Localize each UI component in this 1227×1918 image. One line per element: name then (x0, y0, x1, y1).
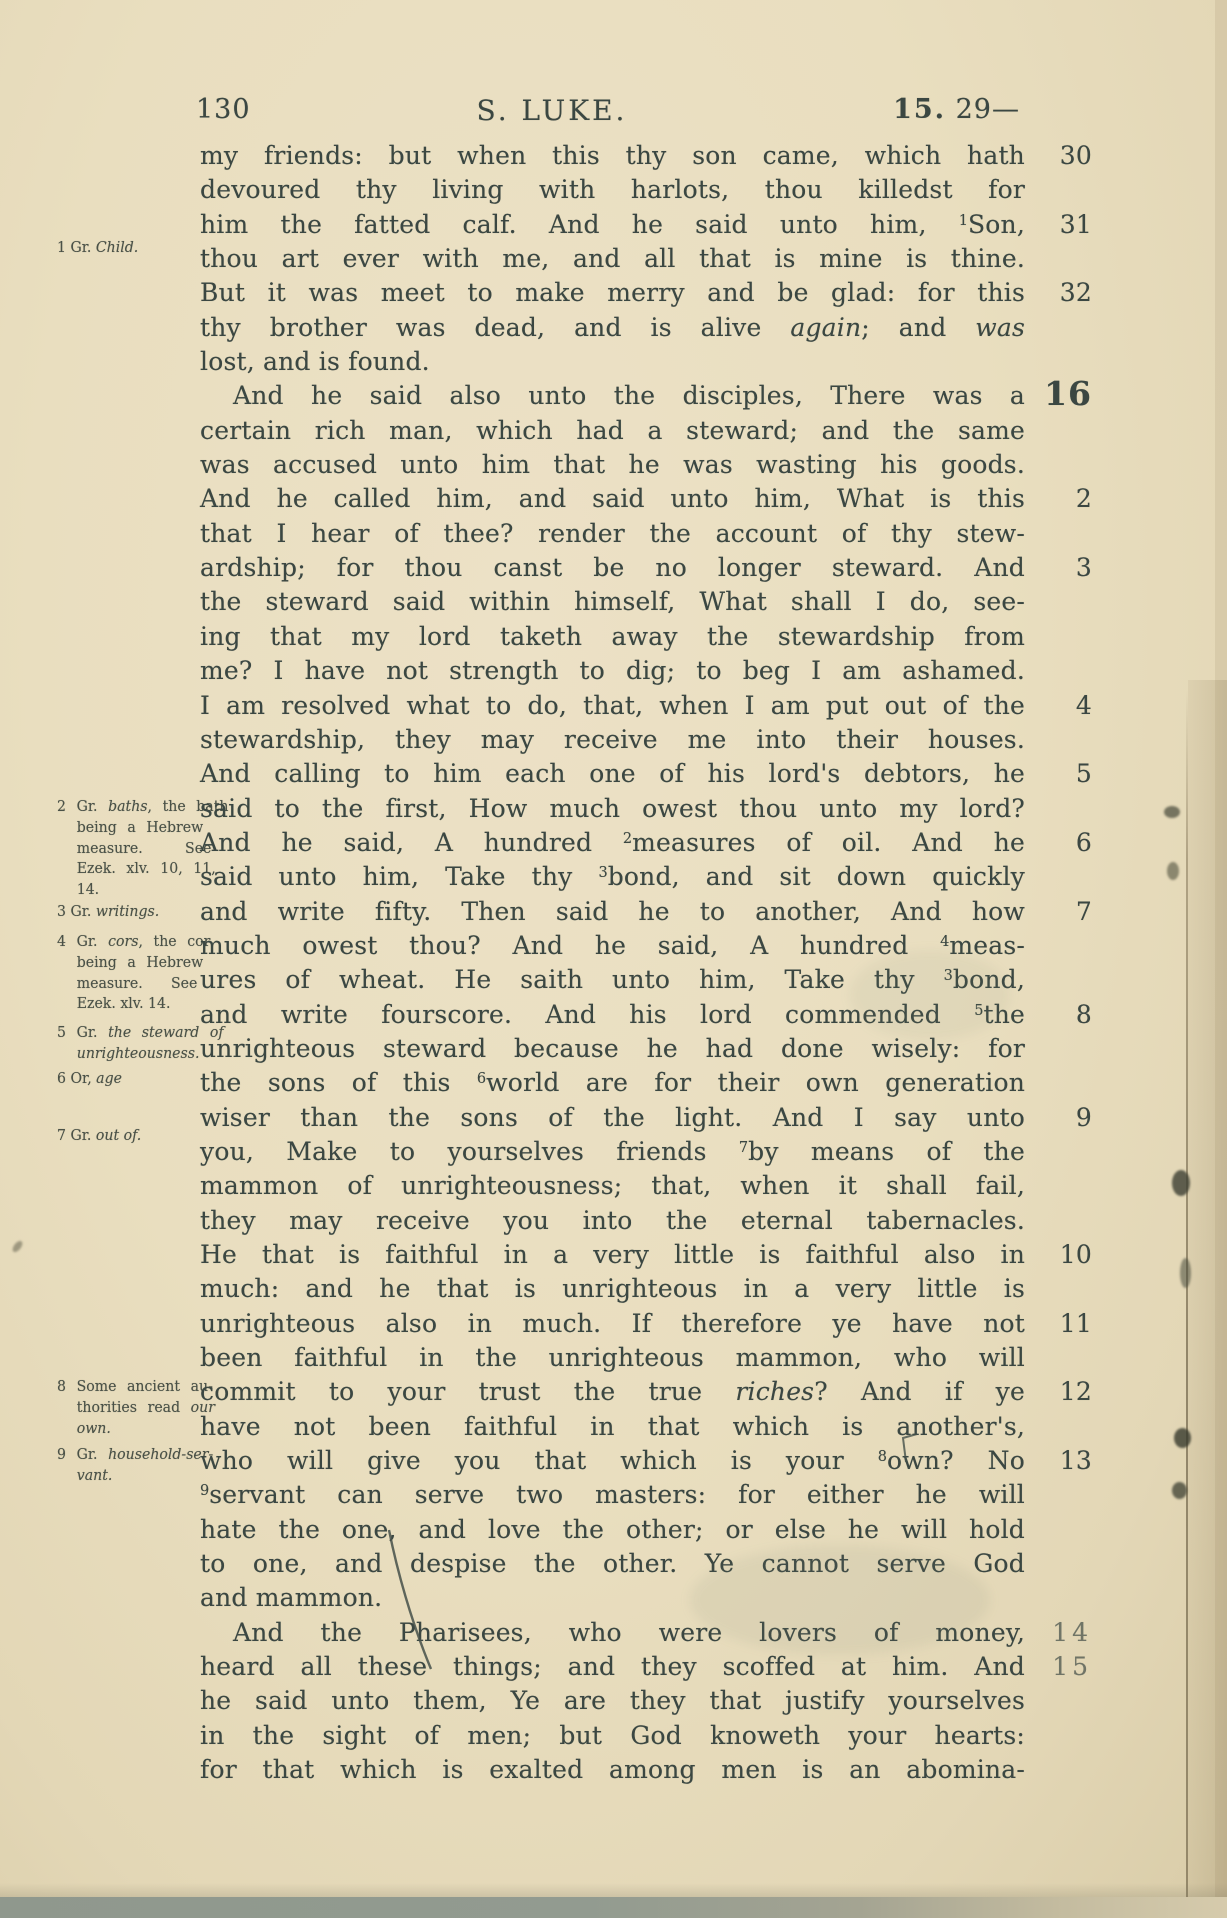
text-line: who will give you that which is your 8ow… (200, 1444, 1090, 1478)
margin-note-line: 4 Gr. cors, the cor (57, 931, 210, 952)
chapter-verse-reference: 15. 29— (880, 94, 1020, 125)
text-line: said to the first, How much owest thou u… (200, 792, 1090, 826)
margin-note: 8 Some ancient au-thorities read ourown. (57, 1376, 215, 1438)
text-line: devoured thy living with harlots, thou k… (200, 173, 1090, 207)
scanned-book-page: 130 S. LUKE. 15. 29— 1 Gr. Child.2 Gr. b… (0, 0, 1227, 1918)
line-text: ing that my lord taketh away the steward… (200, 620, 1025, 654)
line-text: that I hear of thee? render the account … (200, 517, 1025, 551)
text-line: certain rich man, which had a steward; a… (200, 414, 1090, 448)
line-text: thou art ever with me, and all that is m… (200, 242, 1025, 276)
line-text: you, Make to yourselves friends 7by mean… (200, 1135, 1025, 1169)
text-line: they may receive you into the eternal ta… (200, 1204, 1090, 1238)
text-line: the steward said within himself, What sh… (200, 585, 1090, 619)
line-text: for that which is exalted among men is a… (200, 1753, 1025, 1787)
text-line: 9servant can serve two masters: for eith… (200, 1478, 1090, 1512)
margin-note-line: measure. See (57, 973, 210, 994)
line-text: the sons of this 6world are for their ow… (200, 1066, 1025, 1100)
text-line: you, Make to yourselves friends 7by mean… (200, 1135, 1090, 1169)
line-text: he said unto them, Ye are they that just… (200, 1684, 1025, 1718)
line-text: was accused unto him that he was wasting… (200, 448, 1025, 482)
text-line: he said unto them, Ye are they that just… (200, 1684, 1090, 1718)
text-line: much: and he that is unrighteous in a ve… (200, 1272, 1090, 1306)
line-text: lost, and is found. (200, 345, 1025, 379)
line-text: me? I have not strength to dig; to beg I… (200, 654, 1025, 688)
text-line: that I hear of thee? render the account … (200, 517, 1090, 551)
text-line: have not been faithful in that which is … (200, 1410, 1090, 1444)
margin-note-line: 6 Or, age (57, 1068, 122, 1089)
reference-verse: 29— (946, 94, 1020, 125)
verse-number: 13 (839, 1444, 1092, 1478)
margin-note: 6 Or, age (57, 1068, 122, 1089)
ink-smudge (1167, 862, 1179, 880)
margin-note: 9 Gr. household-ser-vant. (57, 1444, 213, 1486)
margin-note-line: being a Hebrew (57, 952, 210, 973)
reference-chapter: 15. (893, 94, 946, 125)
text-line: And he said, A hundred 2measures of oil.… (200, 826, 1090, 860)
line-text: have not been faithful in that which is … (200, 1410, 1025, 1444)
scan-right-edge (1215, 0, 1227, 1918)
text-line: me? I have not strength to dig; to beg I… (200, 654, 1090, 688)
margin-note: 1 Gr. Child. (57, 237, 138, 258)
bleed-through-ghost (850, 950, 1010, 1040)
line-text: said unto him, Take thy 3bond, and sit d… (200, 860, 1025, 894)
ink-smudge (1164, 806, 1180, 818)
line-text: they may receive you into the eternal ta… (200, 1204, 1025, 1238)
margin-note-line: Ezek. xlv. 14. (57, 993, 210, 1014)
line-text: stewardship, they may receive me into th… (200, 723, 1025, 757)
text-line: heard all these things; and they scoffed… (200, 1650, 1090, 1684)
text-line: and write fifty. Then said he to another… (200, 895, 1090, 929)
text-line: But it was meet to make merry and be gla… (200, 276, 1090, 310)
ink-smudge (1174, 1428, 1191, 1448)
verse-number: 4 (839, 689, 1092, 723)
text-line: hate the one, and love the other; or els… (200, 1513, 1090, 1547)
text-line: for that which is exalted among men is a… (200, 1753, 1090, 1787)
verse-number: 15 (839, 1650, 1092, 1684)
verse-number: 30 (839, 139, 1092, 173)
text-line: mammon of unrighteousness; that, when it… (200, 1169, 1090, 1203)
margin-note-line: own. (57, 1418, 215, 1439)
margin-note-line: 7 Gr. out of. (57, 1125, 141, 1146)
verse-number: 6 (839, 826, 1092, 860)
text-line: ardship; for thou canst be no longer ste… (200, 551, 1090, 585)
line-text: mammon of unrighteousness; that, when it… (200, 1169, 1025, 1203)
line-text: the steward said within himself, What sh… (200, 585, 1025, 619)
ink-smudge (1180, 1258, 1191, 1288)
margin-note: 7 Gr. out of. (57, 1125, 141, 1146)
scan-bottom-strip (0, 1897, 1227, 1918)
ink-smudge (1172, 1170, 1190, 1196)
verse-number: 31 (839, 208, 1092, 242)
text-line: was accused unto him that he was wasting… (200, 448, 1090, 482)
text-line: thou art ever with me, and all that is m… (200, 242, 1090, 276)
margin-note-line: unrighteousness. (57, 1043, 224, 1064)
bottom-shadow (0, 1883, 1227, 1897)
running-title: S. LUKE. (477, 94, 628, 127)
page-number: 130 (196, 94, 251, 125)
line-text: thy brother was dead, and is alive again… (200, 311, 1025, 345)
text-line: And calling to him each one of his lord'… (200, 757, 1090, 791)
line-text: much: and he that is unrighteous in a ve… (200, 1272, 1025, 1306)
text-line: been faithful in the unrighteous mammon,… (200, 1341, 1090, 1375)
verse-number: 9 (839, 1101, 1092, 1135)
bleed-through-ghost (690, 1545, 990, 1655)
line-text: said to the first, How much owest thou u… (200, 792, 1025, 826)
text-line: said unto him, Take thy 3bond, and sit d… (200, 860, 1090, 894)
text-line: And he called him, and said unto him, Wh… (200, 482, 1090, 516)
margin-note-line: vant. (57, 1465, 213, 1486)
line-text: hate the one, and love the other; or els… (200, 1513, 1025, 1547)
text-line: stewardship, they may receive me into th… (200, 723, 1090, 757)
margin-note: 5 Gr. the steward ofunrighteousness. (57, 1022, 224, 1064)
text-line: my friends: but when this thy son came, … (200, 139, 1090, 173)
text-line: him the fatted calf. And he said unto hi… (200, 208, 1090, 242)
line-text: been faithful in the unrighteous mammon,… (200, 1341, 1025, 1375)
text-line: I am resolved what to do, that, when I a… (200, 689, 1090, 723)
text-line: thy brother was dead, and is alive again… (200, 311, 1090, 345)
text-line: the sons of this 6world are for their ow… (200, 1066, 1090, 1100)
margin-note-line: 1 Gr. Child. (57, 237, 138, 258)
text-line: He that is faithful in a very little is … (200, 1238, 1090, 1272)
text-line: And he said also unto the disciples, The… (200, 379, 1090, 413)
verse-number: 7 (839, 895, 1092, 929)
line-text: devoured thy living with harlots, thou k… (200, 173, 1025, 207)
line-text: 9servant can serve two masters: for eith… (200, 1478, 1025, 1512)
text-line: ing that my lord taketh away the steward… (200, 620, 1090, 654)
verse-number: 3 (839, 551, 1092, 585)
verse-number: 11 (839, 1307, 1092, 1341)
margin-note-line: 3 Gr. writings. (57, 901, 159, 922)
margin-note-line: thorities read our (57, 1397, 215, 1418)
verse-number: 32 (839, 276, 1092, 310)
verse-number: 5 (839, 757, 1092, 791)
paper-speck (11, 1239, 25, 1254)
text-line: lost, and is found. (200, 345, 1090, 379)
verse-number: 2 (839, 482, 1092, 516)
verse-number: 12 (839, 1375, 1092, 1409)
page-edge-line (1186, 690, 1188, 1898)
text-line: wiser than the sons of the light. And I … (200, 1101, 1090, 1135)
margin-note: 4 Gr. cors, the corbeing a Hebrewmeasure… (57, 931, 210, 1014)
text-line: commit to your trust the true riches? An… (200, 1375, 1090, 1409)
verse-number: 10 (839, 1238, 1092, 1272)
margin-note: 3 Gr. writings. (57, 901, 159, 922)
text-line: unrighteous also in much. If therefore y… (200, 1307, 1090, 1341)
ink-smudge (1172, 1482, 1187, 1499)
line-text: certain rich man, which had a steward; a… (200, 414, 1025, 448)
line-text: in the sight of men; but God knoweth you… (200, 1719, 1025, 1753)
text-line: in the sight of men; but God knoweth you… (200, 1719, 1090, 1753)
margin-note-line: 5 Gr. the steward of (57, 1022, 224, 1043)
margin-note-line: 9 Gr. household-ser- (57, 1444, 213, 1465)
margin-note-line: 8 Some ancient au- (57, 1376, 215, 1397)
chapter-number: 16 (839, 379, 1092, 409)
